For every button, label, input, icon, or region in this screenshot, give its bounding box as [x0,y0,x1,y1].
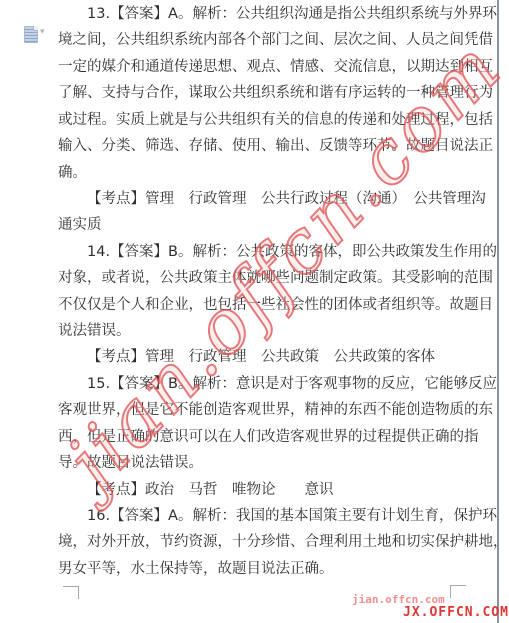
text-line[interactable]: 【考点】管理 行政管理 公共行政过程（沟通） 公共管理沟 [58,188,454,214]
text-line[interactable]: 【考点】政治 马哲 唯物论 意识 [58,479,454,505]
text-line[interactable]: 确。 [58,162,454,188]
text-line[interactable]: 说法错误。 [58,320,454,346]
text-line[interactable]: 一定的媒介和通道传递思想、观点、情感、交流信息，以期达到相互 [58,56,454,82]
text-line[interactable]: 对象，或者说，公共政策主体就哪些问题制定政策。其受影响的范围 [58,267,454,293]
footer-watermark-large: JX.OFFCN.COM [403,605,509,620]
text-line[interactable]: 西，但是正确的意识可以在人们改造客观世界的过程提供正确的指 [58,426,454,452]
text-line[interactable]: 【考点】管理 行政管理 公共政策 公共政策的客体 [58,346,454,372]
text-line[interactable]: 客观世界，但是它不能创造客观世界，精神的东西不能创造物质的东 [58,399,454,425]
text-line[interactable]: 15.【答案】B。解析：意识是对于客观事物的反应，它能够反应 [58,373,454,399]
text-line[interactable]: 境之间，公共组织系统内部各个部门之间、层次之间、人员之间凭借 [58,29,454,55]
text-line[interactable]: 16.【答案】A。解析：我国的基本国策主要有计划生育，保护环 [58,505,454,531]
text-line[interactable]: 不仅仅是个人和企业，也包括一些社会性的团体或者组织等。故题目 [58,294,454,320]
text-line[interactable]: 通实质 [58,214,454,240]
text-line[interactable]: 14.【答案】B。解析：公共政策的客体，即公共政策发生作用的 [58,241,454,267]
text-line[interactable]: 或过程。实质上就是与公共组织有关的信息的传递和处理过程，包括 [58,109,454,135]
text-line[interactable]: 导。故题目说法错误。 [58,452,454,478]
text-line[interactable]: 男女平等，水土保持等，故题目说法正确。 [58,558,454,584]
text-line[interactable]: 境，对外开放，节约资源，十分珍惜、合理利用土地和切实保护耕地， [58,531,454,557]
text-line[interactable]: 了解、支持与合作，谋取公共组织系统和谐有序运转的一种管理行为 [58,82,454,108]
page: { "page": { "background": "#ffffff", "ri… [0,0,509,623]
text-line[interactable]: 输入、分类、筛选、存储、使用、输出、反馈等环节。故题目说法正 [58,135,454,161]
document-body[interactable]: 13.【答案】A。解析：公共组织沟通是指公共组织系统与外界环境之间，公共组织系统… [0,0,509,623]
text-line[interactable]: 13.【答案】A。解析：公共组织沟通是指公共组织系统与外界环 [58,3,454,29]
